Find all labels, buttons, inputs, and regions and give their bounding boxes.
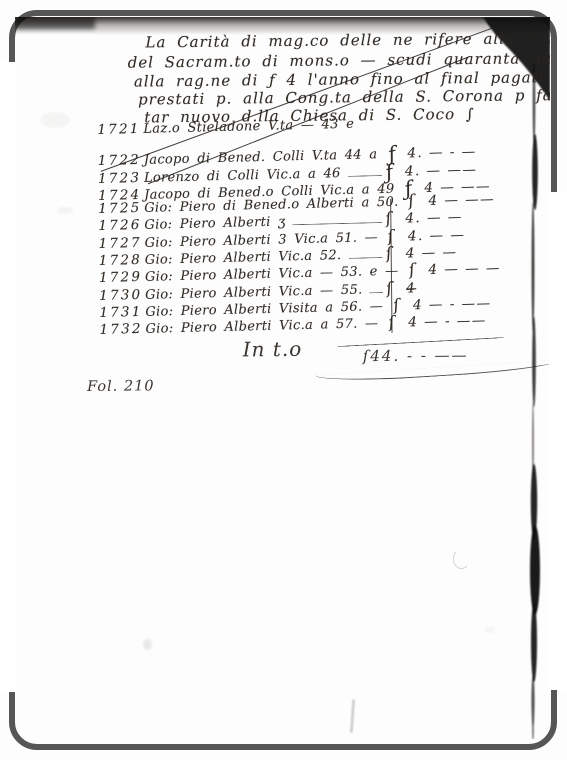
- entry-rule-line: [293, 223, 383, 226]
- folio-note: Fol. 210: [87, 378, 155, 395]
- page-smudge: [57, 207, 73, 214]
- entry-name: Gio: Piero Alberti Vic.a a 57. —: [145, 316, 382, 337]
- entry-name: Laz.o Stieladone V.ta — 43 e: [143, 117, 358, 137]
- entry-rule-line: [370, 292, 384, 293]
- handwritten-content: La Carità di mag.co delle ne rifere alla…: [15, 17, 550, 739]
- page-smudge: [453, 549, 470, 569]
- page-smudge: [485, 627, 495, 633]
- total-label: In t.o: [243, 337, 303, 362]
- manuscript-page: La Carità di mag.co delle ne rifere alla…: [15, 17, 550, 739]
- page-smudge: [143, 639, 152, 650]
- total-amount: 44. - - ——: [370, 346, 468, 365]
- page-smudge: [40, 112, 70, 128]
- entry-year: 1721: [97, 121, 143, 138]
- header-line: La Carità di mag.co delle ne rifere alla…: [145, 29, 550, 52]
- total-currency-symbol: ſ: [363, 347, 371, 365]
- scanned-document-view: La Carità di mag.co delle ne rifere alla…: [0, 0, 567, 760]
- ledger-entries: 1721 Laz.o Stieladone V.ta — 43 e 1722 J…: [97, 114, 536, 333]
- total-amount-group: ſ44. - - ——: [363, 346, 469, 365]
- entry-year: 1732: [99, 321, 145, 338]
- scan-margin-left: [0, 62, 16, 692]
- entry-rule-line: [348, 257, 382, 259]
- entry-amount: 4 — - ——: [408, 312, 538, 331]
- scan-margin-right: [549, 192, 567, 690]
